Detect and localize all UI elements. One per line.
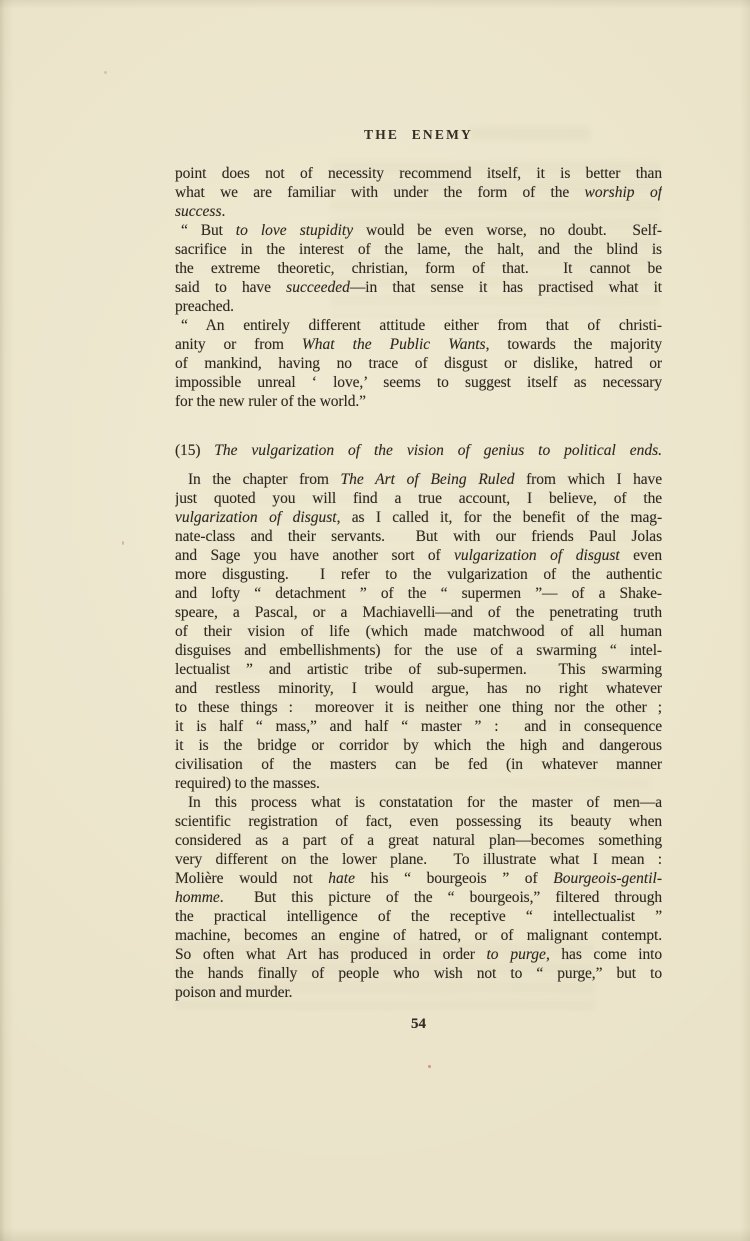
text-line: lectualist ” and artistic tribe of sub-s…	[175, 660, 662, 679]
para-quote-stupidity: “ But to love stupidity would be even wo…	[175, 221, 662, 316]
text-line: said to have succeeded—in that sense it …	[175, 278, 662, 297]
paper-speck	[104, 71, 107, 74]
para-continuation: point does not of necessity recommend it…	[175, 164, 662, 221]
text-line: more disgusting. I refer to the vulgariz…	[175, 565, 662, 584]
text-line: it is half “ mass,” and half “ master ” …	[175, 717, 662, 736]
text-line: just quoted you will find a true account…	[175, 489, 662, 508]
book-page-scan: THE ENEMY point does not of necessity re…	[0, 0, 750, 1241]
text-line: of mankind, having no trace of disgust o…	[175, 354, 662, 373]
text-line: to these things : moreover it is neither…	[175, 698, 662, 717]
text-line: very different on the lower plane. To il…	[175, 850, 662, 869]
page-text-block: point does not of necessity recommend it…	[175, 164, 662, 1002]
text-line: the extreme theoretic, christian, form o…	[175, 259, 662, 278]
text-line: point does not of necessity recommend it…	[175, 164, 662, 183]
text-line: what we are familiar with under the form…	[175, 183, 662, 202]
paper-speck	[428, 1065, 431, 1068]
text-line: disguises and embellishments) for the us…	[175, 641, 662, 660]
text-line: of their vision of life (which made matc…	[175, 622, 662, 641]
text-line: vulgarization of disgust, as I called it…	[175, 508, 662, 527]
text-line: civilisation of the masters can be fed (…	[175, 755, 662, 774]
text-line: homme. But this picture of the “ bourgeo…	[175, 888, 662, 907]
text-line: “ An entirely different attitude either …	[175, 316, 662, 335]
para-quote-attitude: “ An entirely different attitude either …	[175, 316, 662, 411]
text-line: the practical intelligence of the recept…	[175, 907, 662, 926]
text-line: required) to the masses.	[175, 774, 662, 793]
text-line: So often what Art has produced in order …	[175, 945, 662, 964]
text-line: the hands finally of people who wish not…	[175, 964, 662, 983]
text-line: it is the bridge or corridor by which th…	[175, 736, 662, 755]
text-line: impossible unreal ‘ love,’ seems to sugg…	[175, 373, 662, 392]
text-line: for the new ruler of the world.”	[175, 392, 662, 411]
paper-speck	[122, 541, 124, 545]
text-line: Molière would not hate his “ bourgeois ”…	[175, 869, 662, 888]
text-line: (15) The vulgarization of the vision of …	[175, 441, 662, 460]
text-line: In the chapter from The Art of Being Rul…	[175, 470, 662, 489]
text-line: “ But to love stupidity would be even wo…	[175, 221, 662, 240]
para-vulgarization: In the chapter from The Art of Being Rul…	[175, 470, 662, 793]
text-line: considered as a part of a great natural …	[175, 831, 662, 850]
text-line: speare, a Pascal, or a Machiavelli—and o…	[175, 603, 662, 622]
text-line: poison and murder.	[175, 983, 662, 1002]
text-line: machine, becomes an engine of hatred, or…	[175, 926, 662, 945]
text-line: preached.	[175, 297, 662, 316]
section-heading-15: (15) The vulgarization of the vision of …	[175, 441, 662, 460]
running-head: THE ENEMY	[175, 127, 662, 143]
text-line: sacrifice in the interest of the lame, t…	[175, 240, 662, 259]
para-process: In this process what is constatation for…	[175, 793, 662, 1002]
text-line: and Sage you have another sort of vulgar…	[175, 546, 662, 565]
text-line: scientific registration of fact, even po…	[175, 812, 662, 831]
text-line: nate-class and their servants. But with …	[175, 527, 662, 546]
page-number: 54	[175, 1016, 662, 1033]
text-line: and lofty “ detachment ” of the “ superm…	[175, 584, 662, 603]
text-line: success.	[175, 202, 662, 221]
text-line: anity or from What the Public Wants, tow…	[175, 335, 662, 354]
text-line: In this process what is constatation for…	[175, 793, 662, 812]
text-line: and restless minority, I would argue, ha…	[175, 679, 662, 698]
